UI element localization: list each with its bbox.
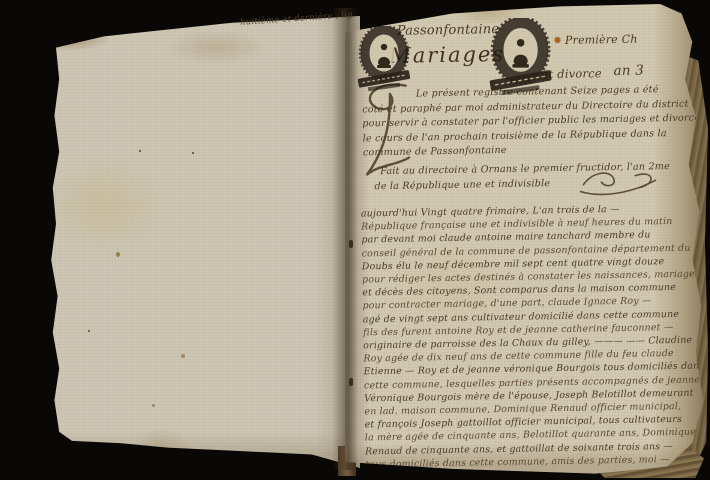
revenue-stamp-icon: [478, 18, 568, 96]
binding-stitch: [349, 240, 353, 248]
register-year: an 3: [613, 62, 644, 79]
marriage-act-paragraph: aujourd'hui Vingt quatre frimaire, L'an …: [361, 202, 704, 472]
signature-flourish-icon: [577, 167, 662, 198]
paper-stain-speck: [116, 252, 120, 257]
paper-stain-speck: [181, 354, 185, 358]
sheet-number-header: Première Ch: [565, 33, 638, 47]
scanned-register-photo: huitième et dernière , lig Passonfontain…: [0, 0, 710, 480]
left-page-blank: [40, 16, 360, 468]
paper-speck: [192, 152, 194, 154]
rust-stain: [554, 36, 561, 44]
revenue-stamp-icon: [350, 26, 422, 92]
binding-stitch: [349, 378, 353, 386]
paper-speck: [139, 150, 141, 152]
paper-speck: [88, 330, 90, 332]
paper-stain-speck: [152, 404, 155, 407]
